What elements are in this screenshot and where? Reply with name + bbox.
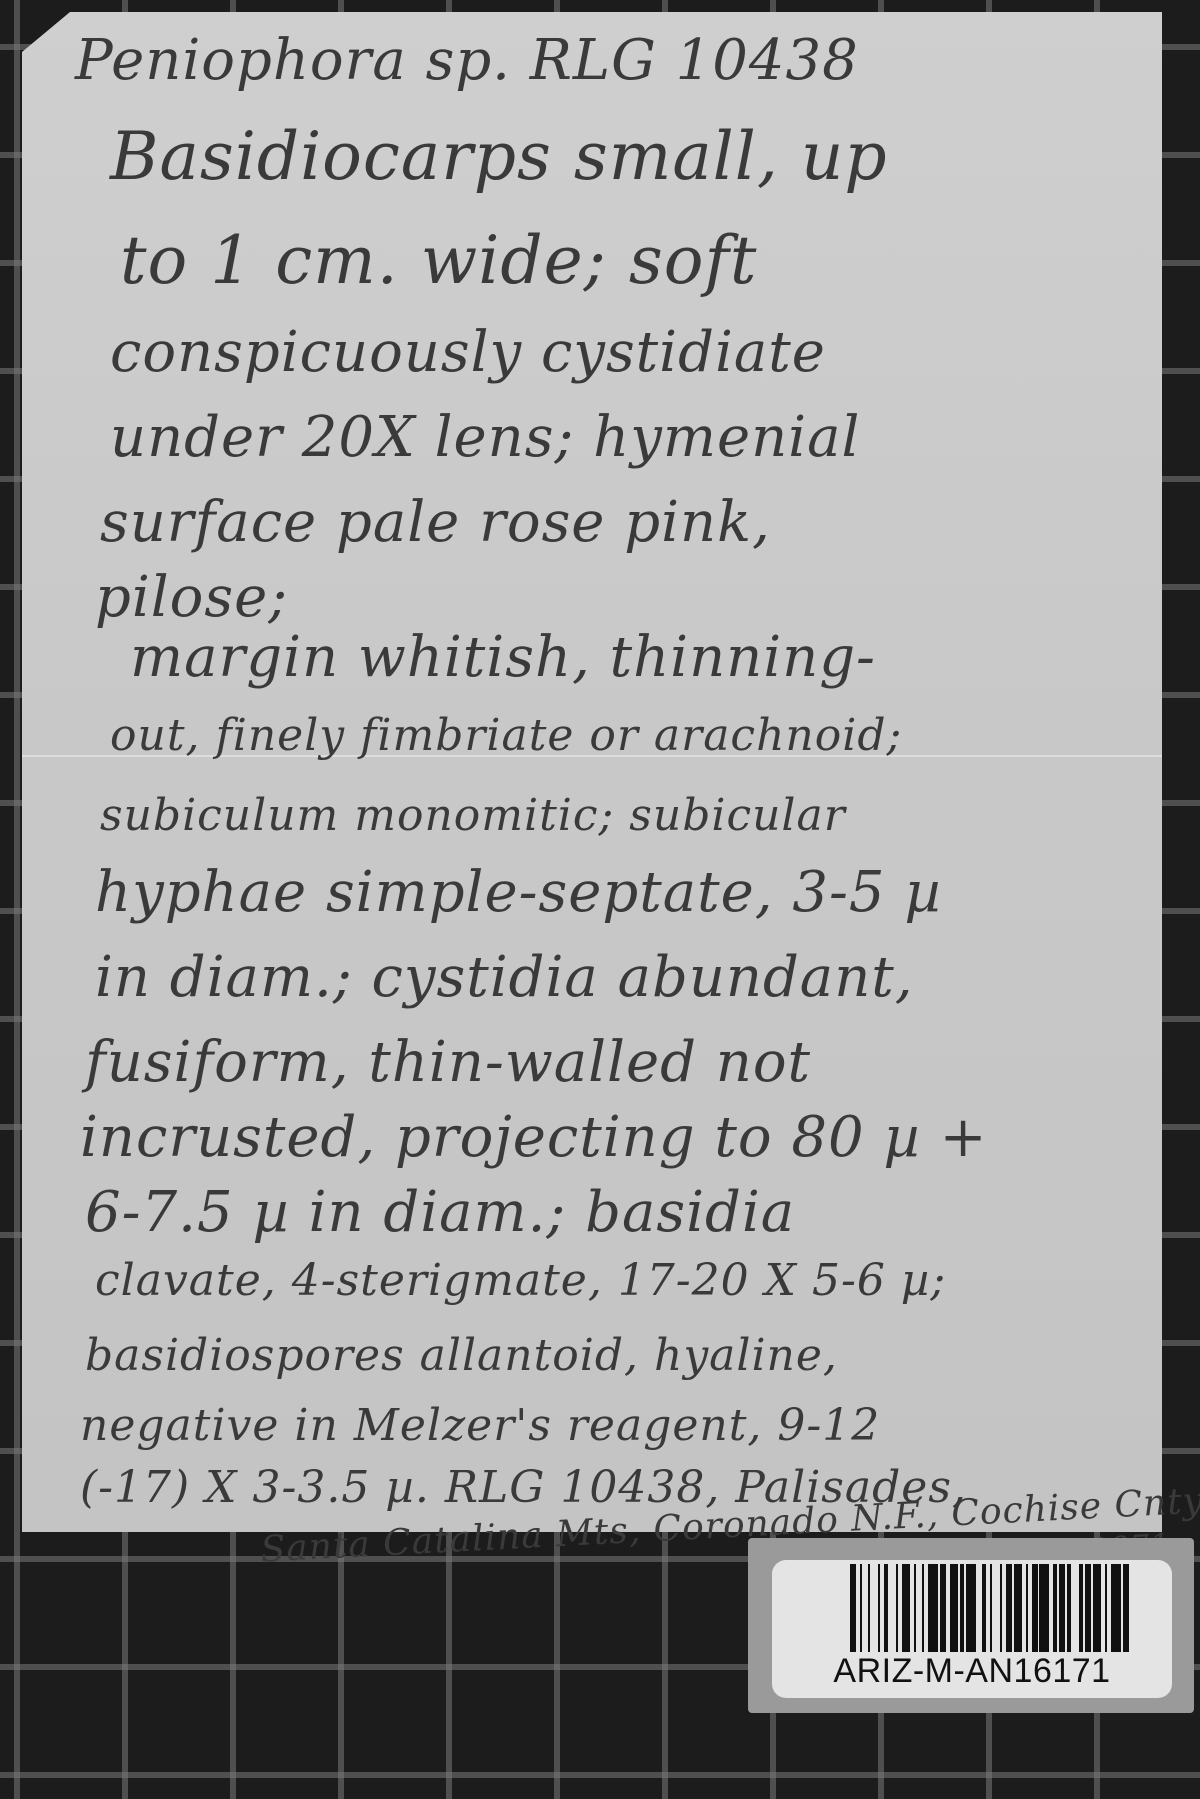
note-line: hyphae simple-septate, 3-5 µ (95, 860, 942, 925)
note-line: surface pale rose pink, (100, 490, 771, 555)
barcode-label-face: ARIZ-M-AN16171 (772, 1560, 1172, 1698)
barcode-bar (1123, 1564, 1129, 1652)
barcode-gap (1071, 1564, 1079, 1652)
note-line: under 20X lens; hymenial (110, 405, 860, 470)
note-header: Peniophora sp. RLG 10438 (75, 28, 859, 93)
note-line: negative in Melzer's reagent, 9-12 (80, 1400, 880, 1451)
barcode-gap (992, 1564, 1000, 1652)
catalog-number: ARIZ-M-AN16171 (772, 1652, 1172, 1691)
barcode-bar (1093, 1564, 1101, 1652)
barcode-bar (966, 1564, 976, 1652)
note-line: basidiospores allantoid, hyaline, (85, 1330, 838, 1381)
note-line: in diam.; cystidia abundant, (95, 945, 914, 1010)
barcode-bar (902, 1564, 910, 1652)
note-line: to 1 cm. wide; soft (120, 222, 757, 299)
note-line: out, finely fimbriate or arachnoid; (110, 710, 902, 761)
barcode-label: ARIZ-M-AN16171 (748, 1538, 1194, 1713)
barcode-bar (1014, 1564, 1022, 1652)
barcode-bar (950, 1564, 958, 1652)
note-line: margin whitish, thinning- (130, 625, 876, 690)
note-line: fusiform, thin-walled not (85, 1030, 811, 1095)
barcode-gap (870, 1564, 878, 1652)
barcode (850, 1564, 1130, 1652)
barcode-gap (888, 1564, 896, 1652)
note-line: subiculum monomitic; subicular (100, 790, 846, 841)
barcode-bar (928, 1564, 938, 1652)
note-line: clavate, 4-sterigmate, 17-20 X 5-6 µ; (95, 1255, 946, 1306)
barcode-bar (1111, 1564, 1121, 1652)
note-line: conspicuously cystidiate (110, 320, 826, 385)
note-line: pilose; (95, 565, 288, 630)
note-line: incrusted, projecting to 80 µ + (80, 1105, 988, 1170)
barcode-bar (1039, 1564, 1049, 1652)
note-line: 6-7.5 µ in diam.; basidia (85, 1180, 795, 1245)
note-line: Basidiocarps small, up (110, 118, 888, 195)
